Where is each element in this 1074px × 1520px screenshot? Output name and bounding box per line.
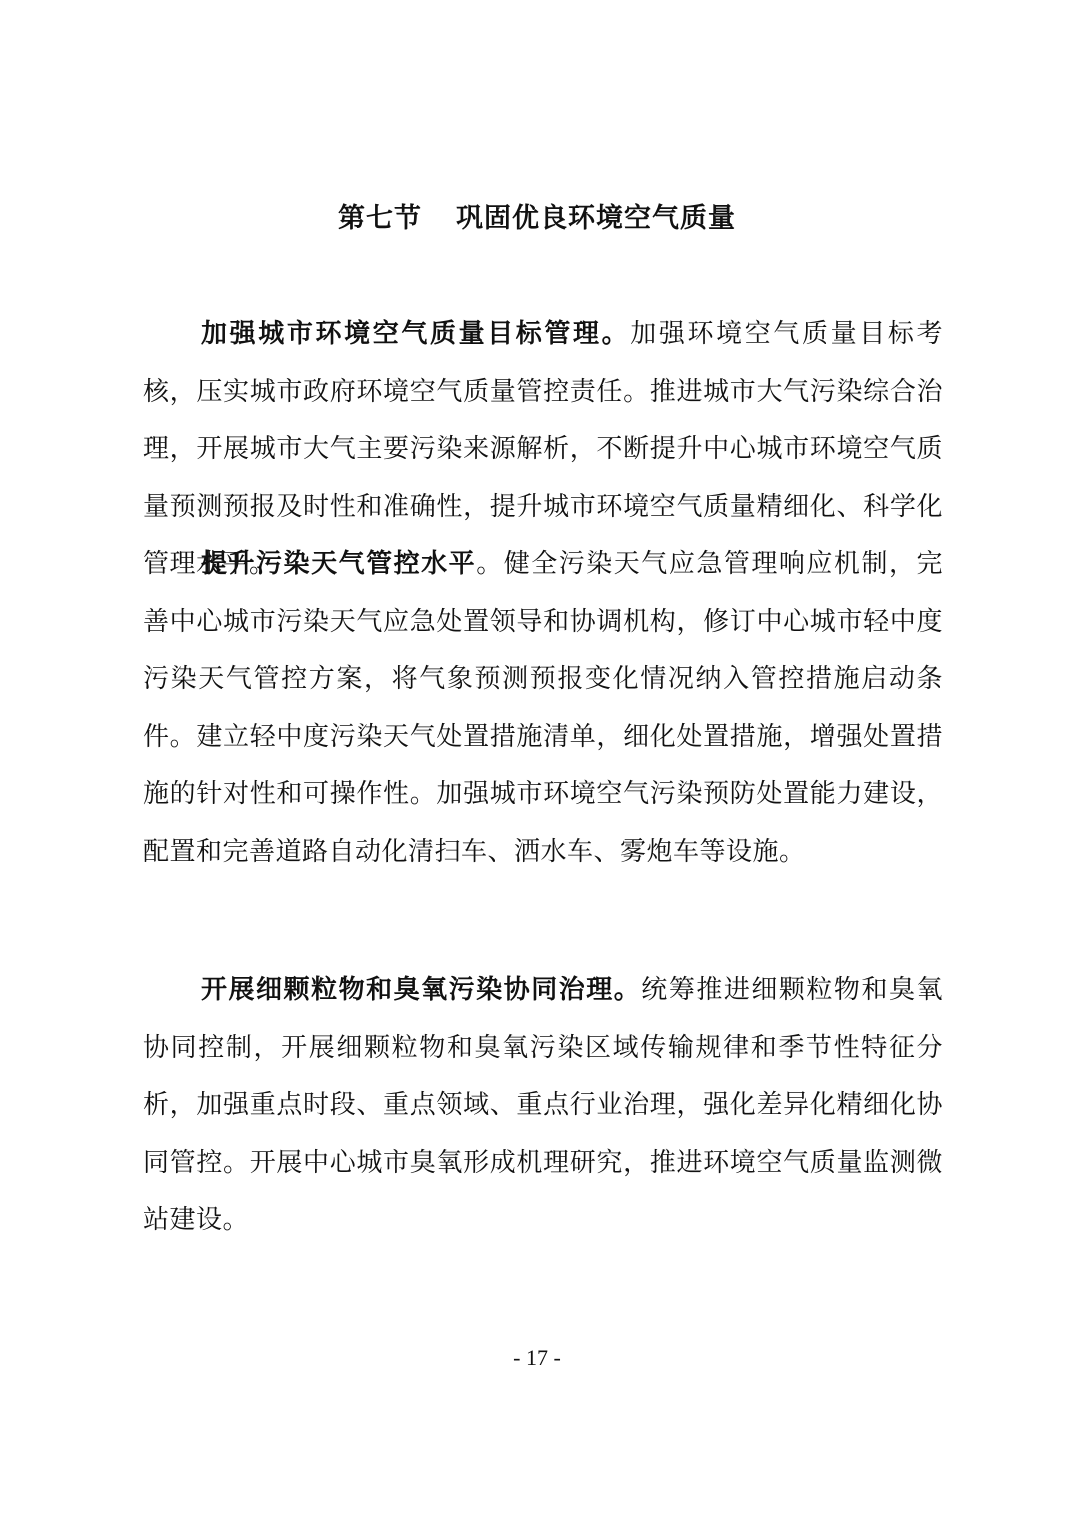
paragraph-1-heading: 加强城市环境空气质量目标管理。 <box>201 319 630 349</box>
section-title: 第七节巩固优良环境空气质量 <box>0 196 1074 235</box>
section-heading: 巩固优良环境空气质量 <box>456 203 736 234</box>
paragraph-3: 开展细颗粒物和臭氧污染协同治理。统筹推进细颗粒物和臭氧协同控制，开展细颗粒物和臭… <box>143 962 943 1250</box>
paragraph-2-heading: 提升污染天气管控水平 <box>201 549 476 579</box>
paragraph-3-heading: 开展细颗粒物和臭氧污染协同治理。 <box>201 975 641 1005</box>
paragraph-2: 提升污染天气管控水平。健全污染天气应急管理响应机制，完善中心城市污染天气应急处置… <box>143 536 943 882</box>
page-number: - 17 - <box>0 1345 1074 1371</box>
paragraph-3-body: 统筹推进细颗粒物和臭氧协同控制，开展细颗粒物和臭氧污染区域传输规律和季节性特征分… <box>143 975 943 1235</box>
section-number: 第七节 <box>338 203 422 234</box>
paragraph-2-body: 。健全污染天气应急管理响应机制，完善中心城市污染天气应急处置领导和协调机构，修订… <box>143 549 943 867</box>
